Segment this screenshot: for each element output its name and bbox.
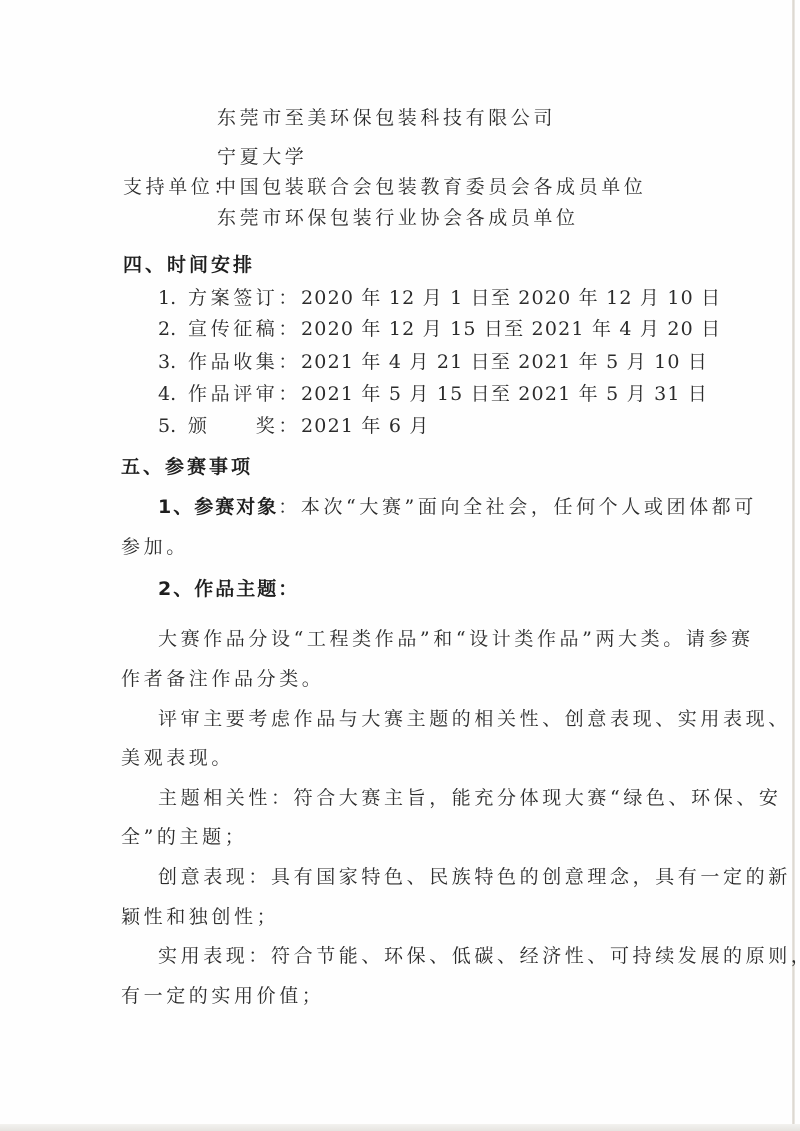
theme-paragraph-line: 全”的主题； — [121, 826, 247, 848]
co-organizer-2: 宁夏大学 — [217, 146, 307, 168]
theme-paragraph-line: 创意表现：具有国家特色、民族特色的创意理念，具有一定的新 — [158, 866, 791, 888]
schedule-item-date: 2021 年 5 月 15 日至 2021 年 5 月 31 日 — [301, 383, 708, 405]
scan-edge-bottom — [0, 1124, 800, 1131]
participant-text: 本次“大赛”面向全社会，任何个人或团体都可 — [301, 496, 757, 518]
document-page: 东莞市至美环保包装科技有限公司 宁夏大学 支持单位： 中国包装联合会包装教育委员… — [0, 0, 800, 1131]
schedule-item-number: 1. — [158, 287, 188, 309]
schedule-item-date: 2021 年 4 月 21 日至 2021 年 5 月 10 日 — [301, 351, 708, 373]
schedule-item-number: 4. — [158, 383, 188, 405]
participant-paragraph-line: 1、参赛对象：本次“大赛”面向全社会，任何个人或团体都可 — [158, 496, 757, 518]
theme-paragraph-line: 主题相关性：符合大赛主旨，能充分体现大赛“绿色、环保、安 — [158, 787, 782, 809]
schedule-item-label: 宣传征稿： — [188, 318, 301, 340]
theme-paragraph-line: 有一定的实用价值； — [121, 985, 324, 1007]
theme-paragraph-line: 作者备注作品分类。 — [121, 668, 324, 690]
theme-paragraph-line: 大赛作品分设“工程类作品”和“设计类作品”两大类。请参赛 — [158, 628, 754, 650]
participant-paragraph-line: 参加。 — [121, 536, 189, 558]
schedule-item: 3.作品收集：2021 年 4 月 21 日至 2021 年 5 月 10 日 — [158, 351, 708, 373]
theme-paragraph-line: 美观表现。 — [121, 747, 234, 769]
schedule-item-label: 作品评审： — [188, 383, 301, 405]
schedule-item-date: 2020 年 12 月 1 日至 2020 年 12 月 10 日 — [301, 287, 721, 309]
section-heading-schedule: 四、时间安排 — [123, 254, 255, 276]
schedule-item-number: 3. — [158, 351, 188, 373]
schedule-item-label: 颁 奖： — [188, 415, 301, 437]
schedule-item-label: 方案签订： — [188, 287, 301, 309]
schedule-item: 4.作品评审：2021 年 5 月 15 日至 2021 年 5 月 31 日 — [158, 383, 708, 405]
co-organizer-1: 东莞市至美环保包装科技有限公司 — [217, 107, 556, 129]
schedule-item: 1.方案签订：2020 年 12 月 1 日至 2020 年 12 月 10 日 — [158, 287, 721, 309]
participant-title: 1、参赛对象 — [158, 496, 278, 518]
theme-paragraph-line: 评审主要考虑作品与大赛主题的相关性、创意表现、实用表现、 — [158, 708, 791, 730]
participant-colon: ： — [278, 496, 301, 518]
schedule-item-date: 2021 年 6 月 — [301, 415, 430, 437]
schedule-item-label: 作品收集： — [188, 351, 301, 373]
schedule-item: 5.颁 奖：2021 年 6 月 — [158, 415, 430, 437]
theme-title: 2、作品主题： — [158, 578, 299, 600]
schedule-item-date: 2020 年 12 月 15 日至 2021 年 4 月 20 日 — [301, 318, 721, 340]
schedule-item: 2.宣传征稿：2020 年 12 月 15 日至 2021 年 4 月 20 日 — [158, 318, 721, 340]
support-unit-1: 中国包装联合会包装教育委员会各成员单位 — [217, 176, 646, 198]
support-unit-2: 东莞市环保包装行业协会各成员单位 — [217, 207, 579, 229]
section-heading-participation: 五、参赛事项 — [121, 456, 253, 478]
theme-paragraph-line: 颖性和独创性； — [121, 906, 279, 928]
schedule-item-number: 2. — [158, 318, 188, 340]
schedule-item-number: 5. — [158, 415, 188, 437]
theme-paragraph-line: 实用表现：符合节能、环保、低碳、经济性、可持续发展的原则， — [158, 945, 800, 967]
